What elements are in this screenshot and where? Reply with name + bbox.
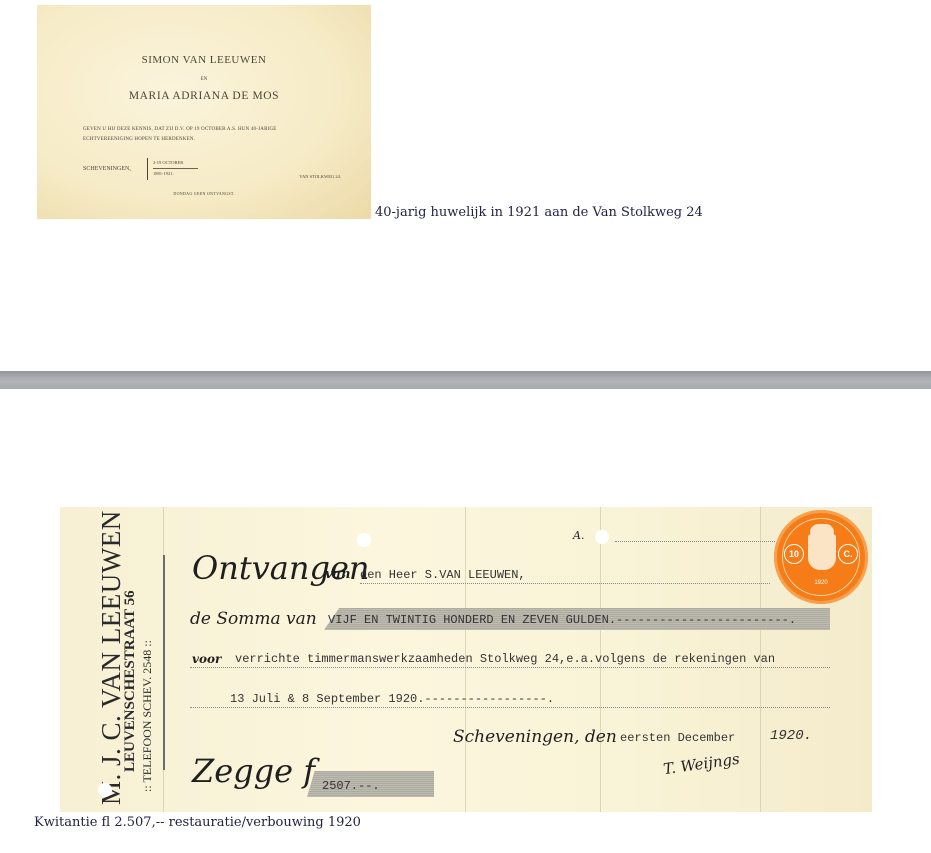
card-body-text: GEVEN U HIJ DEZE KENNIS, DAT ZIJ D.V. OP…	[83, 125, 341, 145]
for-label: voor	[192, 652, 221, 666]
stamp-value: 10	[784, 544, 804, 564]
postage-stamp-imprint: 10 C. 1920	[774, 510, 868, 604]
stamp-unit: C.	[838, 544, 858, 564]
letterhead-rule	[163, 555, 165, 770]
section-divider	[0, 371, 931, 389]
for-text: verrichte timmermanswerkzaamheden Stolkw…	[235, 652, 775, 666]
anniversary-card-image: SIMON VAN LEEUWEN EN MARIA ADRIANA DE MO…	[37, 5, 371, 219]
card-dates: 2-19 OCTOBER 1881-1921.	[153, 158, 198, 179]
card-note: DONDAG GEEN ONTVANGST.	[37, 191, 371, 196]
crown-icon	[810, 524, 834, 534]
dotted-rule	[360, 583, 770, 584]
punch-hole	[357, 533, 371, 547]
card-conjunction: EN	[37, 77, 371, 82]
letterhead-address: LEUVENSCHESTRAAT 56	[122, 590, 139, 772]
sum-text: VIJF EN TWINTIG HONDERD EN ZEVEN GULDEN.…	[328, 613, 796, 627]
card-address: VAN STOLKWEG 24.	[299, 174, 341, 179]
dotted-rule	[190, 667, 830, 668]
card-date-top: 2-19 OCTOBER	[153, 158, 198, 168]
year-text: 1920.	[770, 728, 812, 744]
card-body-line-2: ECHTVEREENIGING HOPEN TE HERDENKEN.	[83, 135, 341, 145]
signature: T. Weijngs	[662, 750, 741, 779]
date-text: eersten December	[620, 731, 735, 745]
card-bracket	[147, 158, 150, 180]
amount-value: 2507.--.	[322, 779, 380, 793]
card-caption: 40-jarig huwelijk in 1921 aan de Van Sto…	[375, 205, 703, 220]
card-date-bottom: 1881-1921.	[153, 169, 198, 179]
received-van: van	[325, 567, 350, 582]
punch-hole	[98, 783, 112, 797]
letterhead-phone: :: TELEFOON SCHEV. 2548 ::	[140, 640, 155, 792]
receipt-image: M. J. C. VAN LEEUWEN LEUVENSCHESTRAAT 56…	[60, 507, 872, 812]
sum-label: de Somma van	[190, 609, 317, 629]
punch-hole	[595, 530, 609, 544]
dotted-rule	[190, 707, 830, 708]
a-mark: A.	[573, 529, 584, 542]
card-name-simon: SIMON VAN LEEUWEN	[37, 54, 371, 66]
zegge-label: Zegge f	[192, 752, 315, 790]
card-name-maria: MARIA ADRIANA DE MOS	[37, 90, 371, 102]
received-from: den Heer S.VAN LEEUWEN,	[360, 568, 526, 582]
for-text-2: 13 Juli & 8 September 1920.-------------…	[230, 692, 554, 706]
stamp-year: 1920	[774, 580, 868, 586]
place-label: Scheveningen, den	[453, 727, 617, 747]
card-body-line-1: GEVEN U HIJ DEZE KENNIS, DAT ZIJ D.V. OP…	[83, 125, 341, 135]
receipt-caption: Kwitantie fl 2.507,-- restauratie/verbou…	[34, 815, 361, 830]
dotted-rule	[615, 541, 775, 542]
coat-of-arms-icon	[808, 534, 836, 570]
card-place: SCHEVENINGEN,	[83, 166, 131, 172]
